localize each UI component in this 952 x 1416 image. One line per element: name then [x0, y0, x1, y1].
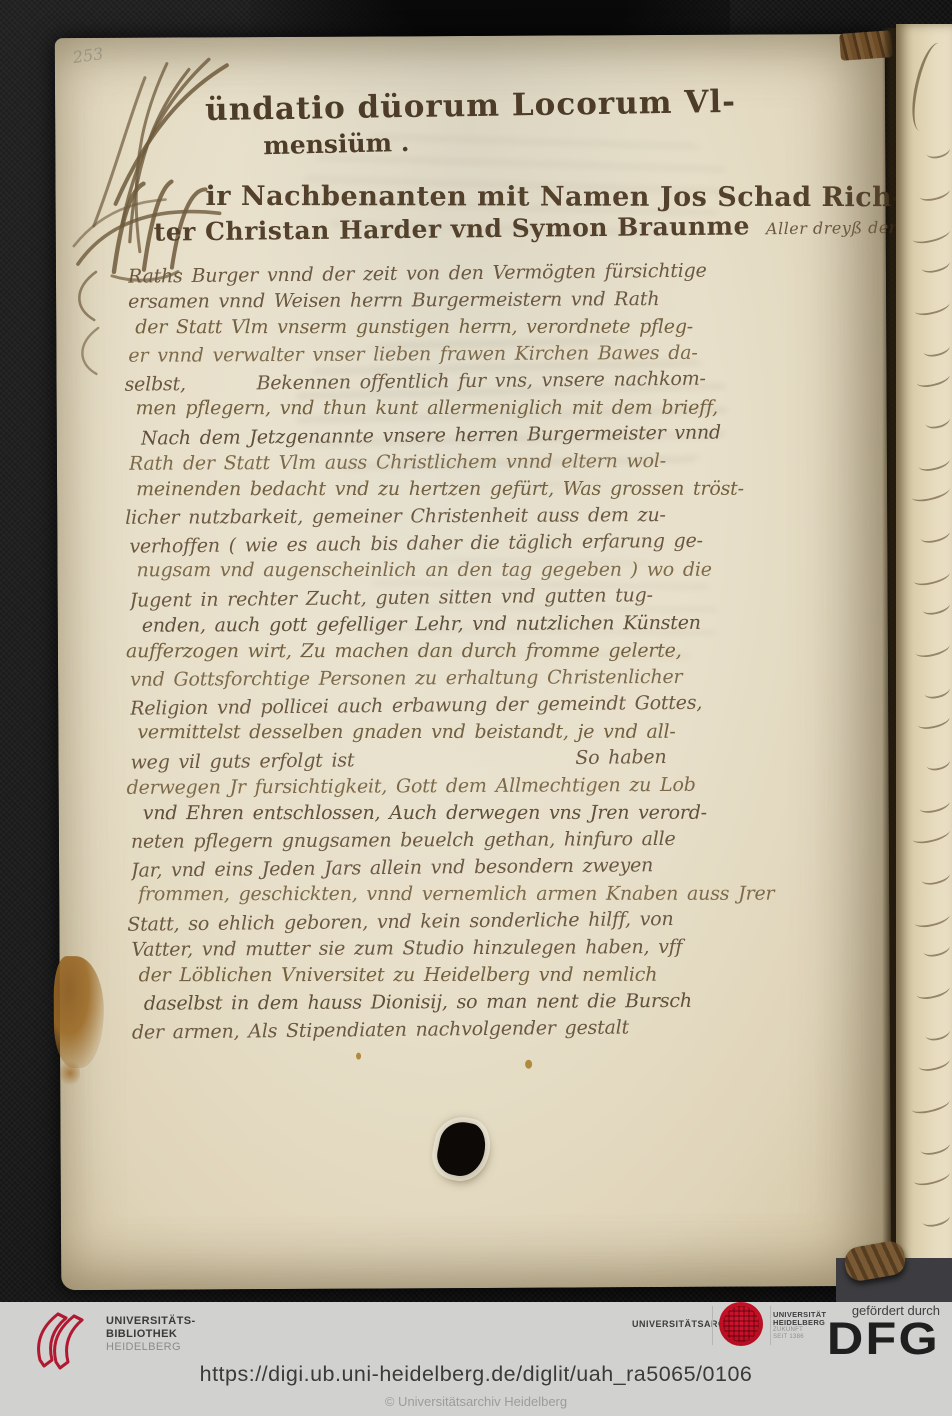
handwritten-line: Jar, vnd eins Jeden Jars allein vnd beso… [131, 850, 847, 884]
dfg-logo: DFG [827, 1318, 940, 1360]
next-page-writing [915, 368, 951, 390]
footer-bar: UNIVERSITÄTS- BIBLIOTHEK HEIDELBERG UNIV… [0, 1302, 952, 1416]
funding-block: gefördert durch DFG [839, 1303, 940, 1360]
handwritten-line: der Löblichen Vniversitet zu Heidelberg … [139, 962, 848, 990]
parchment-hole [434, 1118, 490, 1180]
university-logo-line2: HEIDELBERG [773, 1319, 826, 1327]
handwritten-line: der Statt Vlm vnserm gunstigen herrn, ve… [135, 314, 844, 342]
next-page-writing [905, 40, 952, 134]
handwritten-line: frommen, geschickten, vnnd vernemlich ar… [138, 881, 847, 909]
next-page-writing [920, 867, 952, 888]
handwritten-line: vermittelst desselben gnaden vnd beistan… [137, 719, 846, 747]
handwritten-line: ersamen vnnd Weisen herrn Burgermeistern… [128, 285, 844, 316]
margin-pen-marks [64, 264, 107, 384]
incipit-side-note: Aller dreyß der [766, 218, 897, 238]
handwritten-line: derwegen Jr fursichtigkeit, Gott dem All… [127, 771, 847, 802]
ink-stain-small [60, 1060, 80, 1086]
university-logo-text: UNIVERSITÄT HEIDELBERG ZUKUNFT SEIT 1386 [773, 1311, 826, 1341]
incipit-line-2: ter Christan Harder vnd Symon BraunmeAll… [154, 210, 905, 247]
library-logo-line2: BIBLIOTHEK [106, 1328, 196, 1341]
next-page-writing [920, 255, 952, 276]
next-page-writing [911, 224, 951, 247]
divider [712, 1306, 713, 1345]
next-page-writing [922, 939, 952, 959]
university-logo-line4: SEIT 1386 [773, 1334, 826, 1341]
handwritten-line: der armen, Als Stipendiaten nachvolgende… [132, 1012, 848, 1046]
incipit-line-1: ir Nachbenanten mit Namen Jos Schad Rich… [206, 181, 905, 213]
next-page-writing [916, 710, 951, 732]
next-page-writing [919, 525, 951, 546]
divider [770, 1306, 771, 1345]
folio-number: 253 [72, 44, 105, 67]
next-page-writing [921, 597, 952, 617]
incipit-block: ir Nachbenanten mit Namen Jos Schad Rich… [153, 180, 904, 245]
handwritten-line: vnd Ehren entschlossen, Auch derwegen vn… [143, 800, 847, 828]
copyright-notice: © Universitätsarchiv Heidelberg [0, 1394, 952, 1409]
next-page-writing [910, 1093, 951, 1116]
double-book-icon [28, 1308, 102, 1370]
handwritten-line: Vatter, vnd mutter sie zum Studio hinzul… [131, 933, 847, 964]
next-page-edge [896, 24, 952, 1286]
next-page-writing [914, 638, 951, 660]
next-page-writing [918, 794, 951, 815]
handwritten-line: nugsam vnd augenscheinlich an den tag ge… [137, 557, 846, 585]
next-page-writing [913, 296, 951, 318]
next-page-writing [911, 824, 951, 847]
handwritten-line: enden, auch gott gefelliger Lehr, vnd nu… [142, 609, 846, 640]
manuscript-page: 253 ündatio düorum Locorum Vl- mensiüm . [55, 34, 892, 1290]
next-page-writing [917, 1052, 951, 1073]
handwritten-line: men pflegern, vnd thun kunt allermenigli… [136, 395, 845, 423]
wax-dot [525, 1060, 532, 1069]
next-page-writing [923, 681, 952, 701]
next-page-writing [925, 753, 952, 772]
university-logo-line3: ZUKUNFT [773, 1327, 826, 1334]
ink-stain [54, 956, 105, 1068]
next-page-writing [912, 566, 951, 589]
handwritten-body: Raths Burger vnnd der zeit von den Vermö… [128, 258, 848, 1045]
next-page-writing [912, 1166, 951, 1189]
next-page-writing [921, 1209, 952, 1229]
title-block: ündatio düorum Locorum Vl- mensiüm . [205, 87, 736, 157]
scan-photo: 253 ündatio düorum Locorum Vl- mensiüm . [0, 0, 952, 1302]
library-logo-line1: UNIVERSITÄTS- [106, 1315, 196, 1328]
handwritten-line: selbst, Bekennen offentlich fur vns, vns… [124, 364, 844, 399]
handwritten-line: verhoffen ( wie es auch bis daher die tä… [129, 526, 845, 560]
permalink-url[interactable]: https://digi.ub.uni-heidelberg.de/diglit… [0, 1362, 952, 1387]
wax-dot [356, 1053, 361, 1060]
heidelberg-seal-icon [719, 1302, 763, 1346]
handwritten-line: meinenden bedacht vnd zu hertzen gefürt,… [136, 476, 845, 504]
handwritten-line: aufferzogen wirt, Zu machen dan durch fr… [126, 638, 846, 666]
next-page-writing [913, 908, 951, 930]
handwritten-line: Religion vnd pollicei auch erbawung der … [130, 688, 846, 722]
next-page-writing [919, 1137, 951, 1158]
next-page-writing [910, 481, 951, 504]
next-page-writing [917, 452, 951, 473]
next-page-writing [924, 411, 952, 431]
library-logo-line3: HEIDELBERG [106, 1341, 196, 1354]
next-page-writing [925, 141, 952, 160]
next-page-writing [915, 980, 951, 1002]
library-logo-text: UNIVERSITÄTS- BIBLIOTHEK HEIDELBERG [106, 1315, 196, 1354]
digitized-manuscript-view: 253 ündatio düorum Locorum Vl- mensiüm . [0, 0, 952, 1416]
handwritten-line: Rath der Statt Vlm auss Christlichem vnn… [129, 447, 845, 478]
next-page-writing [924, 1023, 952, 1043]
next-page-writing [918, 182, 951, 203]
next-page-writing [922, 339, 952, 359]
